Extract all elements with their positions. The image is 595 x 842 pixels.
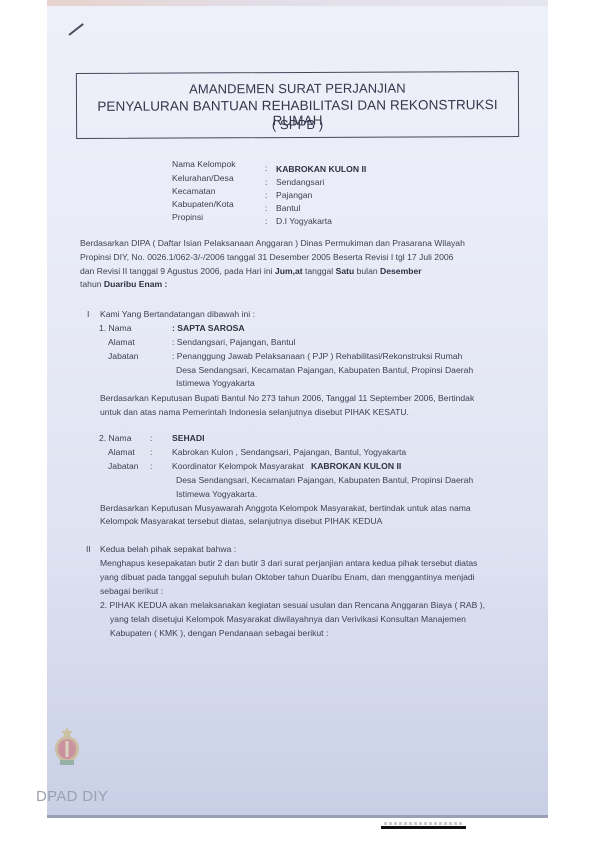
info-label: Kabupaten/Kota [172, 199, 234, 209]
info-label: Nama Kelompok [172, 159, 236, 169]
section-numeral: II [86, 544, 91, 554]
info-sep: : [265, 203, 267, 213]
section2-paragraph: Menghapus kesepakatan butir 2 dan butir … [100, 558, 477, 568]
party2-basis: Berdasarkan Keputusan Musyawarah Anggota… [100, 503, 471, 513]
party2-name-label: 2. Nama [99, 433, 131, 443]
section-heading: Kedua belah pihak sepakat bahwa : [100, 544, 236, 554]
party1-position: : Penanggung Jawab Pelaksanaan ( PJP ) R… [172, 351, 462, 361]
title-line-1: AMANDEMEN SURAT PERJANJIAN [77, 80, 518, 97]
party2-position: Istimewa Yogyakarta. [176, 489, 257, 499]
title-box: AMANDEMEN SURAT PERJANJIAN PENYALURAN BA… [76, 71, 519, 139]
info-value: D.I Yogyakarta [276, 216, 332, 226]
party1-name: : SAPTA SAROSA [172, 323, 245, 333]
info-value: Pajangan [276, 190, 312, 200]
info-value: Sendangsari [276, 177, 324, 187]
party2-position-label: Jabatan [108, 461, 139, 471]
year-text: Duaribu Enam : [104, 279, 168, 289]
party1-position: Desa Sendangsari, Kecamatan Pajangan, Ka… [176, 365, 473, 375]
info-sep: : [265, 190, 267, 200]
party2-position: Koordinator Kelompok Masyarakat [172, 461, 304, 471]
party1-address: : Sendangsari, Pajangan, Bantul [172, 337, 295, 347]
party1-position: Istimewa Yogyakarta [176, 378, 255, 388]
day-number: Satu [336, 266, 355, 276]
party2-position: Desa Sendangsari, Kecamatan Pajangan, Ka… [176, 475, 473, 485]
section2-paragraph: sebagai berikut : [100, 586, 163, 596]
info-sep: : [265, 163, 267, 173]
intro-line: dan Revisi II tanggal 9 Agustus 2006, pa… [80, 266, 422, 276]
intro-line: Propinsi DIY, No. 0026.1/062-3/-/2006 ta… [80, 252, 453, 262]
party1-address-label: Alamat [108, 337, 135, 347]
party2-address: Kabrokan Kulon , Sendangsari, Pajangan, … [172, 447, 406, 457]
info-value: Bantul [276, 203, 300, 213]
section2-item-2: yang telah disetujui Kelompok Masyarakat… [110, 614, 466, 624]
info-value: KABROKAN KULON II [276, 164, 366, 174]
emblem-icon [52, 727, 82, 767]
text: bulan [354, 266, 380, 276]
text: tanggal [303, 266, 336, 276]
intro-line: Berdasarkan DIPA ( Daftar Isian Pelaksan… [80, 238, 465, 248]
info-sep: : [265, 216, 267, 226]
party2-sep: : [150, 447, 152, 457]
section2-item-2: 2. PIHAK KEDUA akan melaksanakan kegiata… [100, 600, 485, 610]
text: tahun [80, 279, 104, 289]
intro-line: tahun Duaribu Enam : [80, 279, 167, 289]
info-label: Propinsi [172, 212, 203, 222]
party2-sep: : [150, 461, 152, 471]
title-line-3: ( SPPB ) [77, 116, 518, 133]
info-label: Kelurahan/Desa [172, 173, 234, 183]
section-heading: Kami Yang Bertandatangan dibawah ini : [100, 309, 255, 319]
section2-paragraph: yang dibuat pada tanggal sepuluh bulan O… [100, 572, 475, 582]
party1-basis: untuk dan atas nama Pemerintah Indonesia… [100, 407, 409, 417]
party2-basis: Kelompok Masyarakat tersebut diatas, sel… [100, 516, 382, 526]
footer-text-faint [384, 822, 464, 825]
party2-sep: : [150, 433, 152, 443]
info-label: Kecamatan [172, 186, 215, 196]
party2-address-label: Alamat [108, 447, 135, 457]
section-numeral: I [87, 309, 89, 319]
party2-group-name: KABROKAN KULON II [311, 461, 401, 471]
party1-position-label: Jabatan [108, 351, 139, 361]
info-sep: : [265, 177, 267, 187]
watermark: DPAD DIY [36, 788, 108, 805]
text: dan Revisi II tanggal 9 Agustus 2006, pa… [80, 266, 275, 276]
section2-item-2: Kabupaten ( KMK ), dengan Pendanaan seba… [110, 628, 328, 638]
day-name: Jum,at [275, 266, 303, 276]
party1-name-label: 1. Nama [99, 323, 131, 333]
footer-bar [381, 826, 466, 829]
party2-name: SEHADI [172, 433, 204, 443]
month-name: Desember [380, 266, 422, 276]
party1-basis: Berdasarkan Keputusan Bupati Bantul No 2… [100, 393, 474, 403]
